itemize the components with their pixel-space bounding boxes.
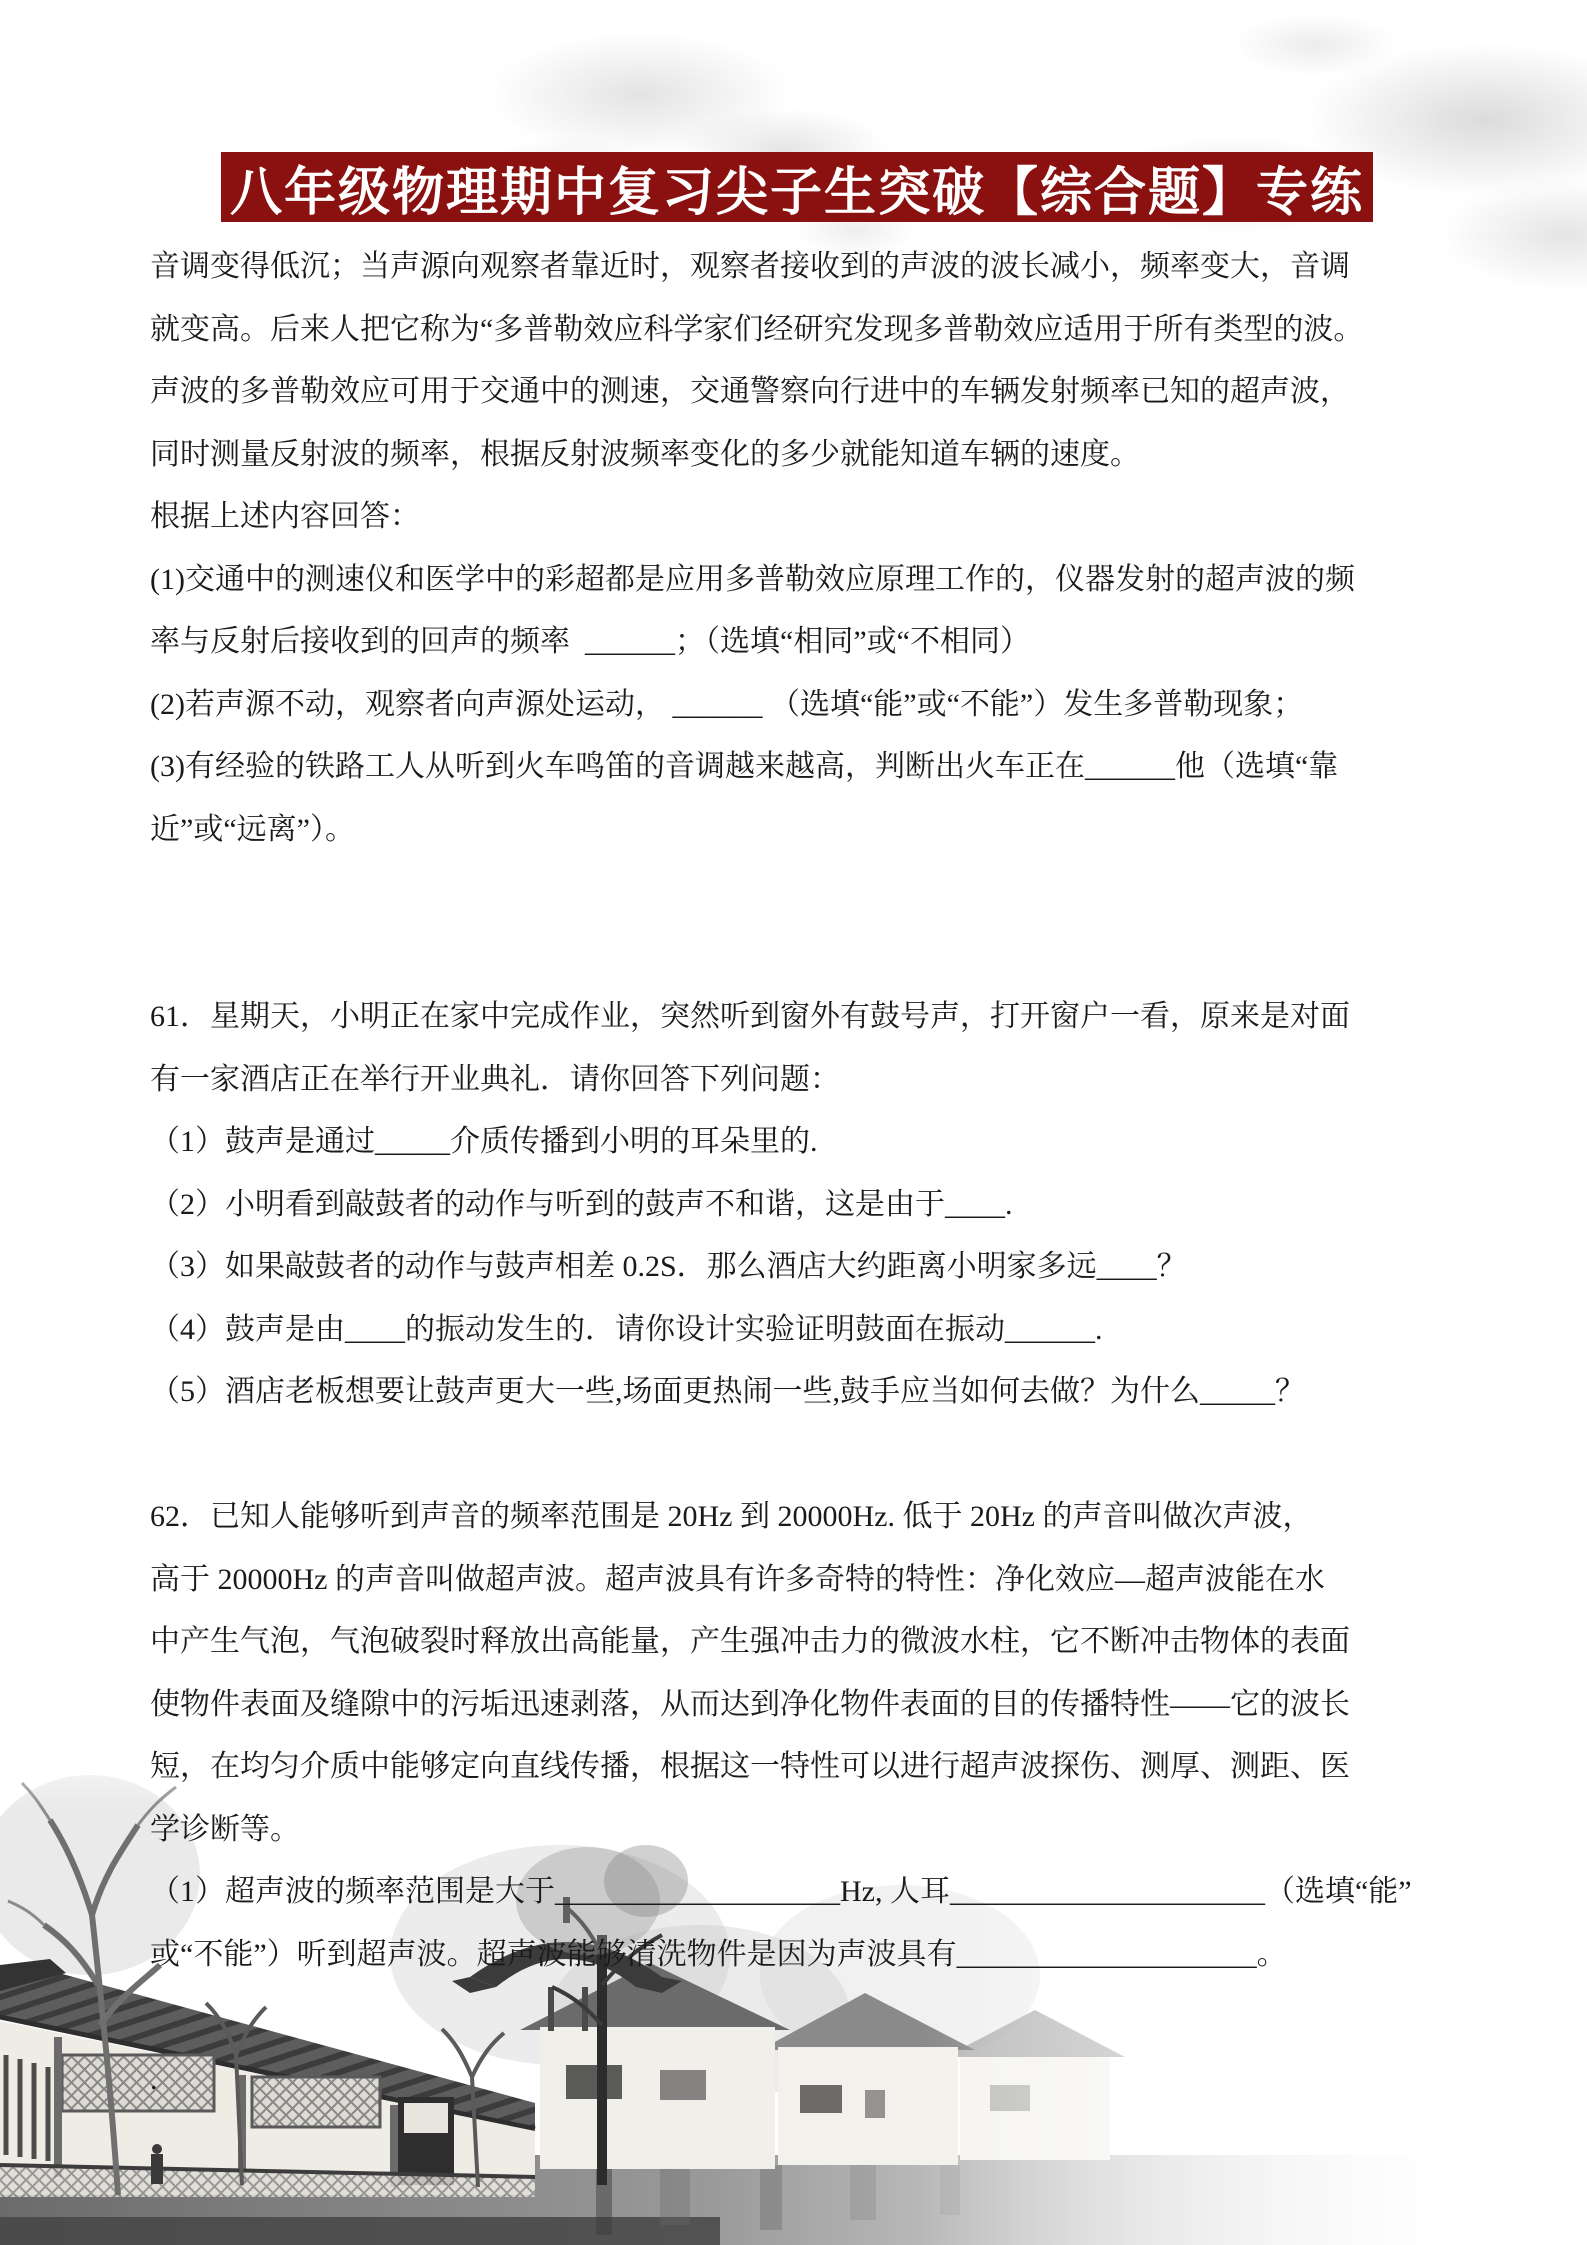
document-body: 音调变得低沉；当声源向观察者靠近时，观察者接收到的声波的波长减小，频率变大，音调… [150, 236, 1470, 2111]
text-line: 声波的多普勒效应可用于交通中的测速，交通警察向行进中的车辆发射频率已知的超声波， [150, 361, 1470, 424]
text-line: 学诊断等。 [150, 1799, 1470, 1862]
text-line: 根据上述内容回答： [150, 486, 1470, 549]
text-line: 就变高。后来人把它称为“多普勒效应科学家们经研究发现多普勒效应适用于所有类型的波… [150, 299, 1470, 362]
text-line: 近”或“远离”）。 [150, 799, 1470, 862]
text-line: 62．已知人能够听到声音的频率范围是 20Hz 到 20000Hz. 低于 20… [150, 1486, 1470, 1549]
question-61: 61．星期天，小明正在家中完成作业，突然听到窗外有鼓号声，打开窗户一看，原来是对… [150, 986, 1470, 1424]
stray-period: . [150, 2049, 1470, 2112]
text-line: （4）鼓声是由____的振动发生的．请你设计实验证明鼓面在振动______. [150, 1299, 1470, 1362]
text-line: 61．星期天，小明正在家中完成作业，突然听到窗外有鼓号声，打开窗户一看，原来是对… [150, 986, 1470, 1049]
text-line: （5）酒店老板想要让鼓声更大一些,场面更热闹一些,鼓手应当如何去做？为什么___… [150, 1361, 1470, 1424]
passage-doppler: 音调变得低沉；当声源向观察者靠近时，观察者接收到的声波的波长减小，频率变大，音调… [150, 236, 1470, 861]
text-line: （1）超声波的频率范围是大于___________________Hz, 人耳_… [150, 1861, 1470, 1924]
text-line: 高于 20000Hz 的声音叫做超声波。超声波具有许多奇特的特性：净化效应—超声… [150, 1549, 1470, 1612]
title-banner: 八年级物理期中复习尖子生突破【综合题】专练 [221, 152, 1373, 222]
text-line: 有一家酒店正在举行开业典礼．请你回答下列问题： [150, 1049, 1470, 1112]
text-line: 或“不能”）听到超声波。超声波能够清洗物件是因为声波具有____________… [150, 1924, 1470, 1987]
page-title: 八年级物理期中复习尖子生突破【综合题】专练 [230, 150, 1364, 225]
text-line: （1）鼓声是通过_____介质传播到小明的耳朵里的. [150, 1111, 1470, 1174]
stray-period-section: . [150, 2049, 1470, 2112]
text-line: (1)交通中的测速仪和医学中的彩超都是应用多普勒效应原理工作的，仪器发射的超声波… [150, 549, 1470, 612]
text-line: 率与反射后接收到的回声的频率 ______；（选填“相同”或“不相同） [150, 611, 1470, 674]
text-line: 同时测量反射波的频率，根据反射波频率变化的多少就能知道车辆的速度。 [150, 424, 1470, 487]
text-line: （3）如果敲鼓者的动作与鼓声相差 0.2S．那么酒店大约距离小明家多远____？ [150, 1236, 1470, 1299]
question-62: 62．已知人能够听到声音的频率范围是 20Hz 到 20000Hz. 低于 20… [150, 1486, 1470, 1986]
worksheet-page: 八年级物理期中复习尖子生突破【综合题】专练 音调变得低沉；当声源向观察者靠近时，… [0, 0, 1587, 2245]
text-line: (3)有经验的铁路工人从听到火车鸣笛的音调越来越高，判断出火车正在______他… [150, 736, 1470, 799]
text-line: 中产生气泡，气泡破裂时释放出高能量，产生强冲击力的微波水柱，它不断冲击物体的表面 [150, 1611, 1470, 1674]
text-line: 短，在均匀介质中能够定向直线传播，根据这一特性可以进行超声波探伤、测厚、测距、医 [150, 1736, 1470, 1799]
text-line: 音调变得低沉；当声源向观察者靠近时，观察者接收到的声波的波长减小，频率变大，音调 [150, 236, 1470, 299]
text-line: （2）小明看到敲鼓者的动作与听到的鼓声不和谐，这是由于____. [150, 1174, 1470, 1237]
text-line: 使物件表面及缝隙中的污垢迅速剥落，从而达到净化物件表面的目的传播特性——它的波长 [150, 1674, 1470, 1737]
text-line: (2)若声源不动，观察者向声源处运动， ______ （选填“能”或“不能”）发… [150, 674, 1470, 737]
